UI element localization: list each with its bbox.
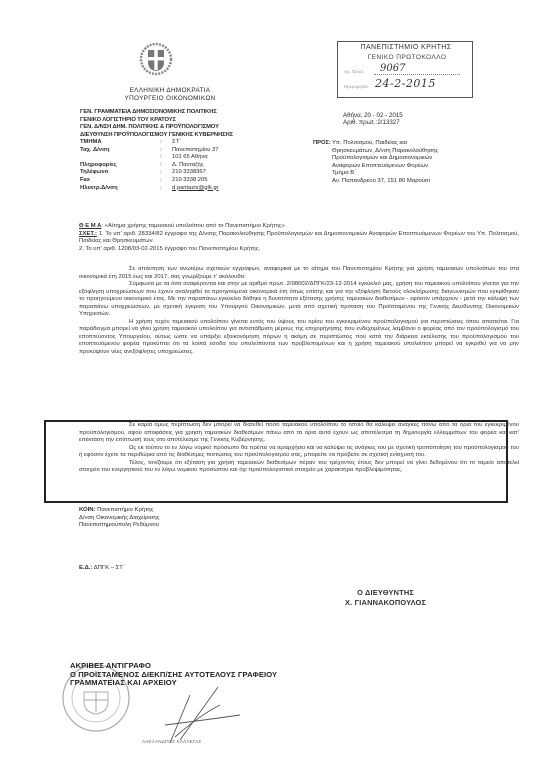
contact-info: ΤΜΗΜΑ: ΣΤ΄ Ταχ. Δ/νση: Πανεπιστημίου 37 …	[80, 139, 300, 192]
stamp-date-label: Ημερομηνία	[344, 84, 368, 89]
protocol-number: Αριθ. πρωτ.:2/13327	[343, 119, 403, 126]
koin-line: Πανεπιστήμιο Κρήτης	[97, 507, 153, 513]
info-label: Ταχ. Δ/νση	[80, 147, 160, 155]
info-row: Fax: 210 3338 205	[80, 177, 300, 185]
info-label: Ηλεκτρ.Δ/νση	[80, 185, 160, 193]
ministry-header: ΕΛΛΗΝΙΚΗ ΔΗΜΟΚΡΑΤΙΑ ΥΠΟΥΡΓΕΙΟ ΟΙΚΟΝΟΜΙΚΩ…	[80, 87, 260, 102]
reference-2: 2. Το υπ' αριθ. 1208/03-02-2015 έγγραφο …	[79, 246, 519, 254]
reference-1: 1. Το υπ' αριθ. 28334/82 έγγραφο της Δ/ν…	[79, 231, 519, 245]
subject-block: Θ Ε Μ Α: «Αίτημα χρήσης ταμειακού υπολοί…	[79, 223, 519, 253]
header-line: ΓΕΝ. Δ/ΝΣΗ ΔΗΜ. ΠΟΛΙΤΙΚΗΣ & ΠΡΟΫΠΟΛΟΓΙΣΜ…	[80, 124, 300, 132]
letter-body: Σε απάντηση των ανωτέρω σχετικών εγγράφω…	[79, 266, 519, 356]
body-paragraph: Σε καμία όμως περίπτωση δεν μπορεί να δι…	[79, 422, 519, 445]
recipient-line: Αν. Παπανδρέου 37, 151 80 Μαρούσι	[332, 178, 438, 186]
ed-value: ΔΠΓΚ – ΣΤ΄	[94, 565, 125, 571]
protocol-stamp: ΠΑΝΕΠΙΣΤΗΜΙΟ ΚΡΗΤΗΣ ΓΕΝΙΚΟ ΠΡΩΤΟΚΟΛΛΟ Αρ…	[337, 41, 473, 98]
info-label: Τηλέφωνο	[80, 169, 160, 177]
recipient-line: Τμήμα Β΄	[332, 170, 438, 178]
subject-text: : «Αίτημα χρήσης ταμειακού υπολοίπου από…	[101, 223, 285, 229]
body-paragraph: Ως εκ τούτου το εν λόγω νομικό πρόσωπο θ…	[79, 445, 519, 460]
certified-copy: ΑΚΡΙΒΕΣ ΑΝΤΙΓΡΑΦΟ Ο ΠΡΟΪΣΤΑΜΕΝΟΣ ΔΙΕΚΠ/Σ…	[70, 662, 277, 688]
info-label: Fax	[80, 177, 160, 185]
info-row: Πληροφορίες: Δ. Πανταζής	[80, 162, 300, 170]
stamp-number-label: Αρ. Πρωτ.	[344, 69, 364, 74]
highlighted-paragraphs: Σε καμία όμως περίπτωση δεν μπορεί να δι…	[79, 422, 519, 475]
stamp-number: 9067	[380, 63, 405, 74]
info-row: : 101 65 Αθήνα	[80, 154, 300, 162]
info-value: Δ. Πανταζής	[172, 162, 204, 170]
header-line: ΓΕΝ. ΓΡΑΜΜΑΤΕΙΑ ΔΗΜΟΣΙΟΝΟΜΙΚΗΣ ΠΟΛΙΤΙΚΗΣ	[80, 109, 300, 117]
greek-coat-of-arms-icon	[135, 40, 177, 78]
info-row: ΤΜΗΜΑ: ΣΤ΄	[80, 139, 300, 147]
info-value: 210 3338 205	[172, 177, 207, 185]
body-paragraph: Τέλος, τονίζουμε ότι εξέταση για χρήση τ…	[79, 460, 519, 475]
recipient-line: Υπ. Πολιτισμού, Παιδείας και	[332, 140, 438, 148]
stamp-institution: ΠΑΝΕΠΙΣΤΗΜΙΟ ΚΡΗΤΗΣ	[341, 44, 471, 51]
signature-block: Ο ΔΙΕΥΘΥΝΤΗΣ Χ. ΓΙΑΝΝΑΚΟΠΟΥΛΟΣ	[345, 588, 426, 607]
info-value: ΣΤ΄	[172, 139, 181, 147]
info-label: Πληροφορίες	[80, 162, 160, 170]
body-paragraph: Η χρήση τυχόν ταμειακού υπολοίπου γίνετα…	[79, 319, 519, 357]
info-row: Τηλέφωνο: 210 3338367	[80, 169, 300, 177]
place-date: Αθήνα, 20 - 02 - 2015	[343, 112, 403, 119]
info-value: 101 65 Αθήνα	[172, 154, 208, 162]
ed-label: Ε.Δ.:	[79, 565, 92, 571]
signer-name: Χ. ΓΙΑΝΝΑΚΟΠΟΥΛΟΣ	[345, 598, 426, 608]
dateline: Αθήνα, 20 - 02 - 2015 Αριθ. πρωτ.:2/1332…	[343, 112, 403, 127]
reference-label: ΣΧΕΤ.:	[79, 231, 97, 237]
email-link[interactable]: d.pantazis@glk.gr	[172, 185, 219, 193]
body-paragraph: Σύμφωνα με τα όσα αναφέρονται και στην μ…	[79, 281, 519, 319]
koin-line: Πανεπιστημιούπολη Ρεθύμνου	[79, 522, 160, 530]
stamp-registry: ΓΕΝΙΚΟ ΠΡΩΤΟΚΟΛΛΟ	[348, 54, 466, 61]
body-paragraph: Σε απάντηση των ανωτέρω σχετικών εγγράφω…	[79, 266, 519, 281]
info-row: Ηλεκτρ.Δ/νση: d.pantazis@glk.gr	[80, 185, 300, 193]
signer-title: Ο ΔΙΕΥΘΥΝΤΗΣ	[345, 588, 426, 598]
header-line: ΥΠΟΥΡΓΕΙΟ ΟΙΚΟΝΟΜΙΚΩΝ	[80, 95, 260, 103]
subject-label: Θ Ε Μ Α	[79, 223, 101, 229]
signature-name: ΑΛΕΞΑΝΔΡΟΣ ΚΑΛΛΕΓΑΣ	[142, 739, 202, 744]
department-header: ΓΕΝ. ΓΡΑΜΜΑΤΕΙΑ ΔΗΜΟΣΙΟΝΟΜΙΚΗΣ ΠΟΛΙΤΙΚΗΣ…	[80, 109, 300, 139]
recipient-line: Προϋπολογισμών και Δημοσιονομικών	[332, 155, 438, 163]
info-value: 210 3338367	[172, 169, 206, 177]
info-label: ΤΜΗΜΑ	[80, 139, 160, 147]
copy-recipients: ΚΟΙΝ: Πανεπιστήμιο Κρήτης Δ/νση Οικονομι…	[79, 507, 160, 530]
header-line: ΕΛΛΗΝΙΚΗ ΔΗΜΟΚΡΑΤΙΑ	[80, 87, 260, 95]
koin-label: ΚΟΙΝ:	[79, 507, 95, 513]
stamp-date: 24-2-2015	[375, 77, 436, 90]
info-label	[80, 154, 160, 162]
internal-distribution: Ε.Δ.: ΔΠΓΚ – ΣΤ΄	[79, 565, 125, 571]
recipient-label: ΠΡΟΣ:	[313, 140, 331, 146]
